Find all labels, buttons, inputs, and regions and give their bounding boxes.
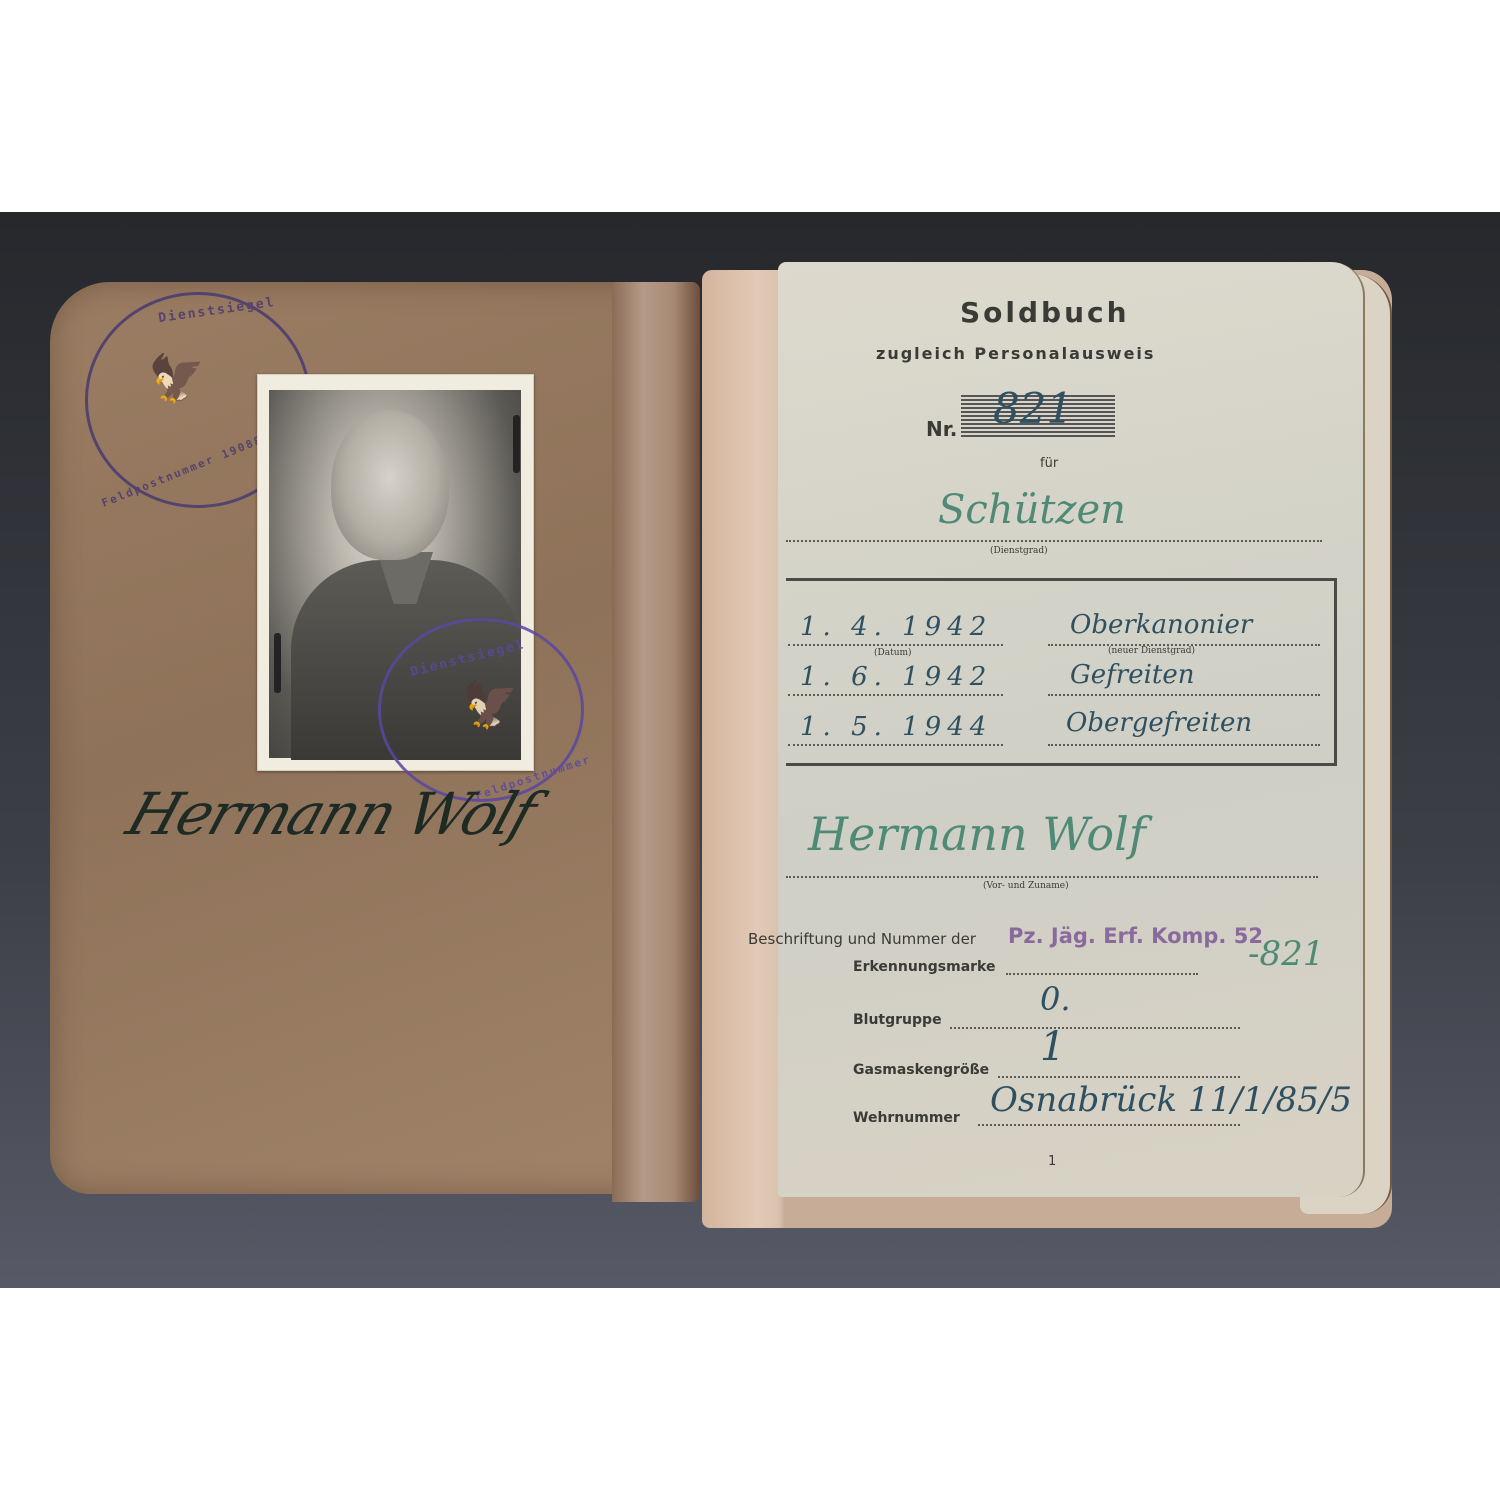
date-caption: (Datum) — [874, 648, 912, 658]
stamp-text-bottom: Feldpostnummer 19088 — [100, 433, 265, 510]
staple-icon — [513, 415, 520, 473]
full-name-value: Hermann Wolf — [808, 807, 1146, 861]
date-line — [788, 644, 1003, 646]
staple-icon — [274, 633, 281, 693]
for-label: für — [1040, 456, 1058, 471]
rank-line — [1048, 744, 1320, 746]
date-line — [788, 744, 1003, 746]
promotion-date: 1. 6. 1942 — [800, 662, 992, 692]
stamp-text-top: Dienstsiegel — [409, 637, 527, 680]
field-line — [1006, 973, 1198, 975]
page-subtitle: zugleich Personalausweis — [876, 344, 1155, 363]
stamp-text-top: Dienstsiegel — [158, 295, 277, 326]
field-label-erkennungsmarke: Erkennungsmarke — [853, 959, 996, 975]
field-line — [998, 1076, 1240, 1078]
photo-head — [331, 410, 449, 560]
promotion-rank: Oberkanonier — [1070, 610, 1252, 640]
spine-flap — [612, 282, 700, 1202]
promotion-date: 1. 5. 1944 — [800, 712, 992, 742]
new-rank-caption: (neuer Dienstgrad) — [1108, 646, 1195, 656]
field-value-gasmaskengroesse: 1 — [1040, 1024, 1065, 1070]
page-number: 1 — [1048, 1154, 1056, 1169]
promotion-date: 1. 4. 1942 — [800, 612, 992, 642]
rank-caption: (Dienstgrad) — [990, 546, 1048, 556]
number-label: Nr. — [926, 417, 957, 441]
eagle-emblem-icon: 🦅 — [461, 681, 518, 727]
field-value-wehrnummer: Osnabrück 11/1/85/5 — [990, 1080, 1352, 1120]
eagle-emblem-icon: 🦅 — [148, 355, 205, 401]
field-line — [950, 1027, 1240, 1029]
number-value: 821 — [993, 384, 1073, 433]
soldbuch-page: Soldbuch zugleich Personalausweis Nr. 82… — [778, 262, 1365, 1197]
promotion-rank: Obergefreiten — [1066, 708, 1252, 738]
owner-signature: Hermann Wolf — [119, 780, 543, 848]
unit-stamp: Pz. Jäg. Erf. Komp. 52 — [1008, 924, 1263, 948]
field-label-wehrnummer: Wehrnummer — [853, 1110, 960, 1126]
field-value-erkennungsmarke: -821 — [1248, 934, 1324, 974]
page-title: Soldbuch — [960, 296, 1130, 329]
field-label-blutgruppe: Blutgruppe — [853, 1012, 942, 1028]
rank-value: Schützen — [938, 487, 1126, 533]
promotion-rank: Gefreiten — [1070, 660, 1195, 690]
tag-label: Beschriftung und Nummer der — [748, 930, 976, 948]
official-stamp-bottom: Dienstsiegel 🦅 Feldpostnummer — [378, 618, 584, 802]
rank-line — [786, 540, 1322, 542]
rank-line — [1048, 694, 1320, 696]
field-label-gasmaskengroesse: Gasmaskengröße — [853, 1062, 989, 1078]
name-line — [786, 876, 1318, 878]
field-line — [978, 1124, 1240, 1126]
date-line — [788, 694, 1003, 696]
name-caption: (Vor- und Zuname) — [983, 881, 1069, 891]
field-value-blutgruppe: 0. — [1040, 980, 1071, 1018]
